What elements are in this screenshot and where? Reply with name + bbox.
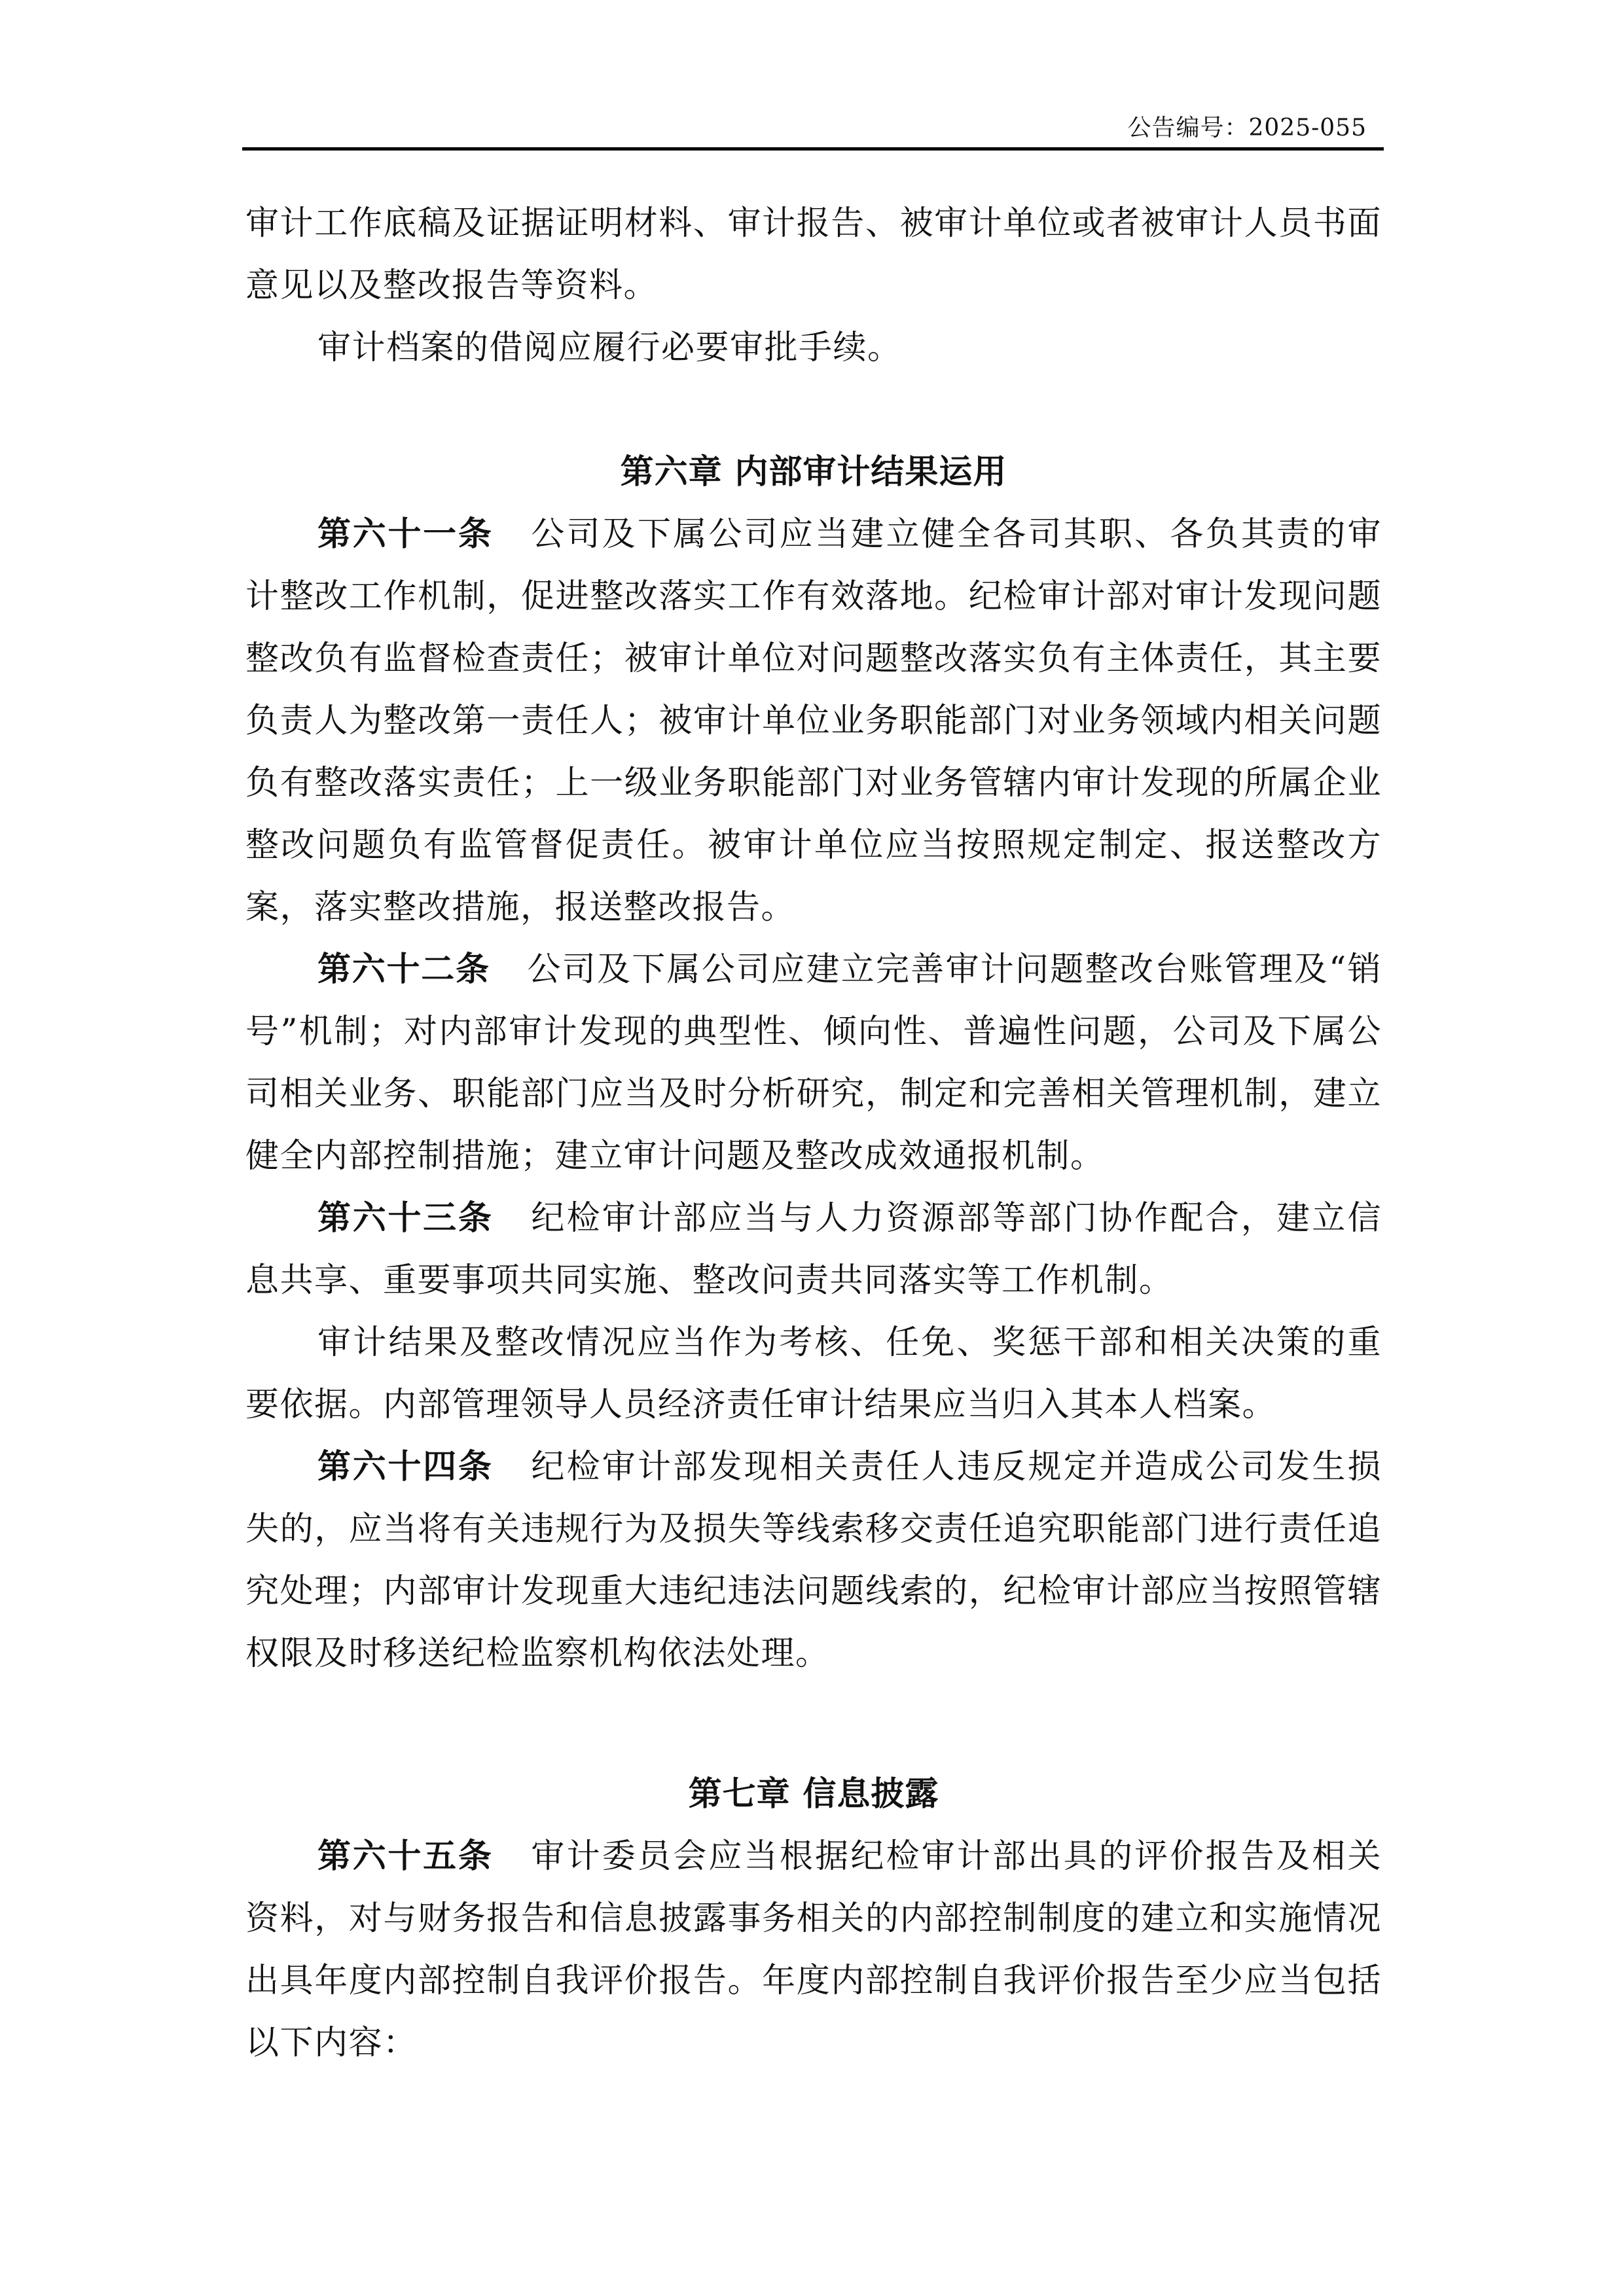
article-64: 第六十四条纪检审计部发现相关责任人违反规定并造成公司发生损失的，应当将有关违规行… [245, 1436, 1382, 1685]
article-63: 第六十三条纪检审计部应当与人力资源部等部门协作配合，建立信息共享、重要事项共同实… [245, 1187, 1382, 1312]
section-spacer [245, 379, 1382, 441]
document-body: 审计工作底稿及证据证明材料、审计报告、被审计单位或者被审计人员书面意见以及整改报… [245, 192, 1382, 2074]
paragraph-archive-materials: 审计工作底稿及证据证明材料、审计报告、被审计单位或者被审计人员书面意见以及整改报… [245, 192, 1382, 317]
paragraph-audit-results-use: 审计结果及整改情况应当作为考核、任免、奖惩干部和相关决策的重要依据。内部管理领导… [245, 1312, 1382, 1436]
notice-number: 公告编号：2025-055 [1128, 114, 1367, 143]
article-61-label: 第六十一条 [317, 514, 494, 554]
article-61: 第六十一条公司及下属公司应当建立健全各司其职、各负其责的审计整改工作机制，促进整… [245, 503, 1382, 939]
article-65: 第六十五条审计委员会应当根据纪检审计部出具的评价报告及相关资料，对与财务报告和信… [245, 1825, 1382, 2074]
chapter-6-title: 第六章 内部审计结果运用 [245, 441, 1382, 503]
article-65-label: 第六十五条 [317, 1837, 494, 1876]
article-62: 第六十二条公司及下属公司应建立完善审计问题整改台账管理及“销号”机制；对内部审计… [245, 939, 1382, 1187]
article-61-text: 公司及下属公司应当建立健全各司其职、各负其责的审计整改工作机制，促进整改落实工作… [245, 515, 1382, 927]
article-62-label: 第六十二条 [317, 950, 490, 989]
paragraph-archive-borrowing: 审计档案的借阅应履行必要审批手续。 [245, 317, 1382, 379]
section-spacer [245, 1685, 1382, 1763]
chapter-7-title: 第七章 信息披露 [245, 1763, 1382, 1825]
page-header: 公告编号：2025-055 [242, 110, 1384, 151]
article-63-label: 第六十三条 [317, 1198, 494, 1238]
article-64-label: 第六十四条 [317, 1447, 494, 1486]
